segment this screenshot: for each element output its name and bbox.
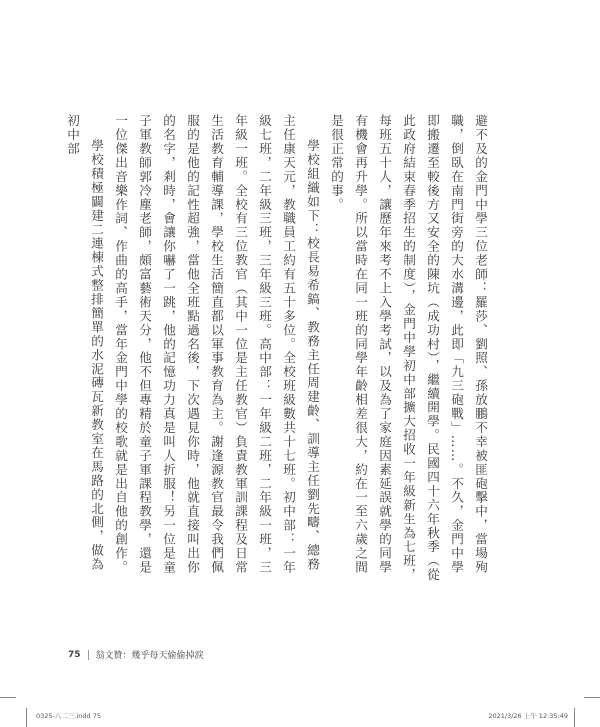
running-title: 翁文贊：幾乎每天偷偷掉淚 [96, 648, 204, 661]
footer-divider [88, 650, 89, 660]
paragraph-3: 學校積極闢建二連棟式整排簡單的水泥磚瓦新教室在馬路的北側，做為初中部 [60, 114, 108, 584]
vertical-body-text: 避不及的金門中學三位老師：羅莎、劉照、孫放鵬不幸被匪砲擊中，當場殉職，倒臥在南門… [84, 114, 492, 584]
crop-mark-left-vertical [26, 708, 27, 727]
page-number: 75 [68, 650, 81, 660]
crop-mark-right-vertical [574, 708, 575, 727]
slug-timestamp: 2021/3/26 上午 12:35:49 [488, 711, 568, 720]
slug-file-info: 0325-八二三.indd 75 [36, 711, 101, 720]
crop-mark-left-horizontal [0, 697, 16, 698]
crop-mark-right-horizontal [584, 697, 600, 698]
page-footer: 75 翁文贊：幾乎每天偷偷掉淚 [68, 648, 204, 661]
paragraph-1: 避不及的金門中學三位老師：羅莎、劉照、孫放鵬不幸被匪砲擊中，當場殉職，倒臥在南門… [324, 114, 492, 584]
paragraph-2: 學校組織如下：校長易希鎬、教務主任周建齡、訓導主任劉先疇、總務主任康天元，教職員… [108, 114, 324, 584]
